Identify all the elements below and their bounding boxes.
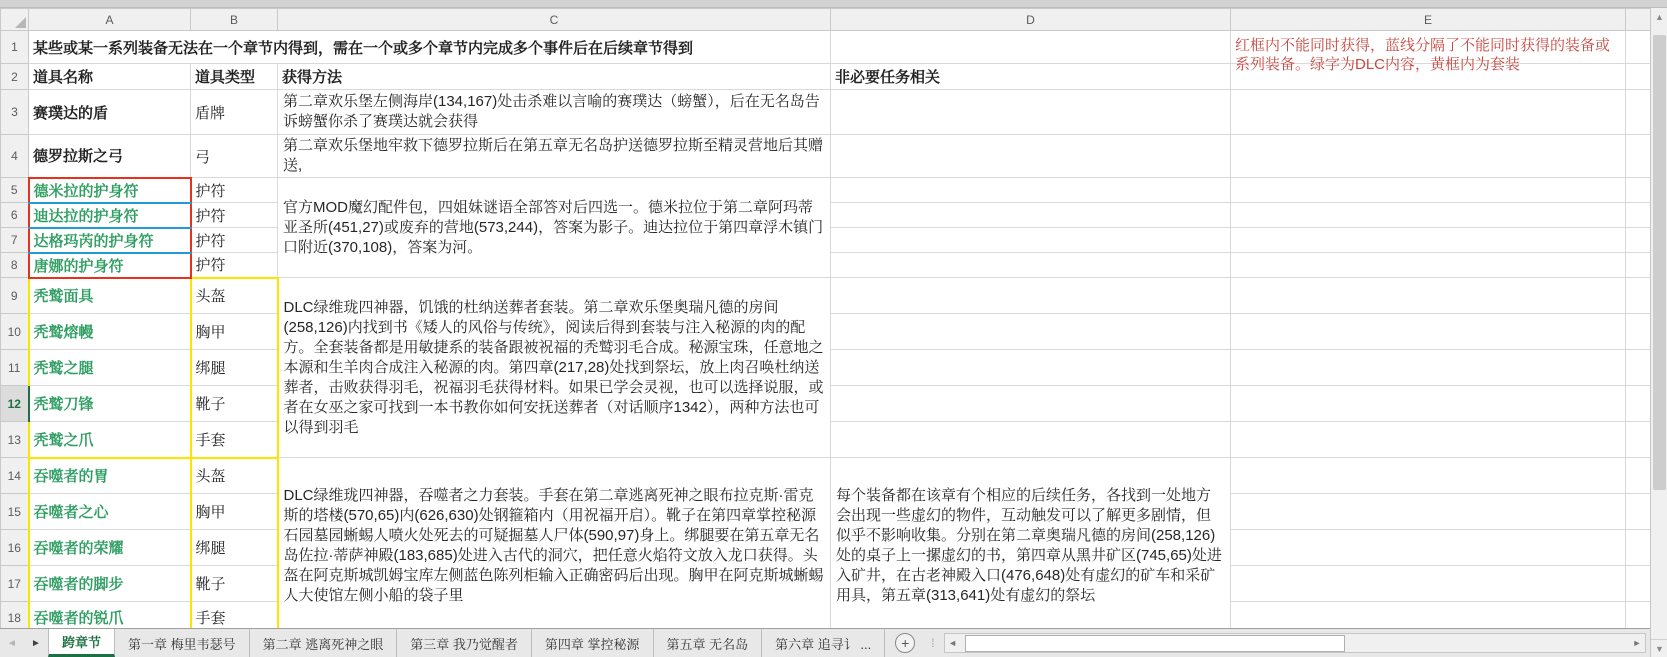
cell-item-type[interactable]: 护符 [191, 253, 278, 278]
cell-method-merged[interactable]: 官方MOD魔幻配件包，四姐妹谜语全部答对后四选一。德米拉位于第二章阿玛蒂亚圣所(… [278, 178, 831, 278]
sheet-tab-bar: ◄ ► 跨章节 第一章 梅里韦瑟号 第二章 逃离死神之眼 第三章 我乃觉醒者 第… [0, 628, 1650, 657]
cell[interactable] [1626, 350, 1651, 386]
vertical-scrollbar-thumb[interactable] [1653, 35, 1666, 490]
cell[interactable] [1231, 566, 1626, 602]
cell[interactable] [1626, 494, 1651, 530]
horizontal-scrollbar[interactable]: ◄ ► [944, 633, 1646, 653]
worksheet-grid: A B C D E 1 某些或某一系列装备无法在一个章节内得到，需在一个或多个章… [0, 8, 1651, 634]
horizontal-scrollbar-thumb[interactable] [965, 635, 1345, 652]
cell-header-side[interactable]: 非必要任务相关 [831, 64, 1231, 90]
cell-item-name[interactable]: 唐娜的护身符 [29, 253, 191, 278]
cell[interactable] [831, 90, 1231, 135]
column-header-f[interactable] [1626, 9, 1651, 31]
cell[interactable] [1626, 314, 1651, 350]
cell[interactable] [1626, 253, 1651, 278]
cell-e1-legend[interactable]: 红框内不能同时获得，蓝线分隔了不能同时获得的装备或系列装备。绿字为DLC内容，黄… [1231, 31, 1626, 64]
cell[interactable] [1231, 90, 1626, 135]
cell[interactable] [1231, 135, 1626, 178]
row-header-8[interactable]: 8 [1, 253, 29, 278]
row-header-14[interactable]: 14 [1, 458, 29, 494]
sheet-tab-chapter1[interactable]: 第一章 梅里韦瑟号 [115, 629, 250, 657]
cell[interactable] [1231, 350, 1626, 386]
vertical-scrollbar[interactable]: ▲ ▼ [1650, 8, 1667, 657]
cell[interactable] [1626, 135, 1651, 178]
sheet-tab-chapter4[interactable]: 第四章 掌控秘源 [532, 629, 654, 657]
scroll-down-icon[interactable]: ▼ [1651, 639, 1667, 657]
cell[interactable] [831, 314, 1231, 350]
sheet-tab-chapter3[interactable]: 第三章 我乃觉醒者 [397, 629, 532, 657]
cell-item-name[interactable]: 秃鹫熔幔 [29, 314, 191, 350]
row-header-9[interactable]: 9 [1, 278, 29, 314]
cell[interactable] [1626, 31, 1651, 64]
cell-item-name[interactable]: 吞噬者的脚步 [29, 566, 191, 602]
cell-header-method[interactable]: 获得方法 [278, 64, 831, 90]
cell[interactable] [1626, 386, 1651, 422]
tabs-next-icon[interactable]: ► [24, 629, 48, 657]
cell-item-type[interactable]: 手套 [191, 422, 278, 458]
cell-item-type[interactable]: 护符 [191, 228, 278, 253]
cell-item-name[interactable]: 德米拉的护身符 [29, 178, 191, 203]
column-header-e[interactable]: E [1231, 9, 1626, 31]
cell-method-merged[interactable]: DLC绿维珑四神器，饥饿的杜纳送葬者套装。第二章欢乐堡奥瑞凡德的房间(258,1… [278, 278, 831, 458]
add-sheet-icon[interactable]: + [895, 633, 915, 653]
cell-item-name[interactable]: 赛璞达的盾 [29, 90, 191, 135]
scroll-right-icon[interactable]: ► [1629, 634, 1645, 652]
cell-item-name[interactable]: 吞噬者的胃 [29, 458, 191, 494]
row-header-2[interactable]: 2 [1, 64, 29, 90]
cell-item-type[interactable]: 弓 [191, 135, 278, 178]
cell[interactable] [831, 278, 1231, 314]
cell[interactable] [831, 228, 1231, 253]
select-all-corner[interactable] [1, 9, 29, 31]
cell-item-name[interactable]: 秃鹫之腿 [29, 350, 191, 386]
spreadsheet-window: A B C D E 1 某些或某一系列装备无法在一个章节内得到，需在一个或多个章… [0, 0, 1667, 657]
cell-item-name[interactable]: 吞噬者的荣耀 [29, 530, 191, 566]
cell-item-name[interactable]: 秃鹫面具 [29, 278, 191, 314]
cell-method[interactable]: 第二章欢乐堡左侧海岸(134,167)处击杀难以言喻的赛璞达（螃蟹），后在无名岛… [278, 90, 831, 135]
scroll-up-icon[interactable]: ▲ [1651, 8, 1667, 26]
row-header-12-selected[interactable]: 12 [1, 386, 29, 422]
sheet-tab-chapter5[interactable]: 第五章 无名岛 [654, 629, 763, 657]
cell[interactable] [1626, 64, 1651, 90]
cell[interactable] [831, 350, 1231, 386]
row-header-1[interactable]: 1 [1, 31, 29, 64]
row-header-15[interactable]: 15 [1, 494, 29, 530]
cell[interactable] [831, 422, 1231, 458]
row-header-4[interactable]: 4 [1, 135, 29, 178]
cell-item-type[interactable]: 护符 [191, 203, 278, 228]
cell[interactable] [1626, 178, 1651, 203]
cell-item-name[interactable]: 迪达拉的护身符 [29, 203, 191, 228]
column-header-b[interactable]: B [191, 9, 278, 31]
cell[interactable] [831, 135, 1231, 178]
cell[interactable] [1231, 494, 1626, 530]
cell[interactable] [1231, 530, 1626, 566]
cell-a1-note[interactable]: 某些或某一系列装备无法在一个章节内得到，需在一个或多个章节内完成多个事件后在后续… [29, 31, 831, 64]
cell[interactable] [831, 31, 1231, 64]
row-header-6[interactable]: 6 [1, 203, 29, 228]
cell-item-name[interactable]: 秃鹫之爪 [29, 422, 191, 458]
cell[interactable] [1626, 566, 1651, 602]
cell-method[interactable]: 第二章欢乐堡地牢救下德罗拉斯后在第五章无名岛护送德罗拉斯至精灵营地后其赠送, [278, 135, 831, 178]
cell[interactable] [831, 178, 1231, 203]
cell-item-type[interactable]: 绑腿 [191, 350, 278, 386]
select-all-icon [15, 17, 26, 28]
cell[interactable] [1231, 458, 1626, 494]
cell[interactable] [1231, 253, 1626, 278]
row-header-5[interactable]: 5 [1, 178, 29, 203]
column-header-a[interactable]: A [29, 9, 191, 31]
legend-text: 红框内不能同时获得，蓝线分隔了不能同时获得的装备或系列装备。绿字为DLC内容，黄… [1235, 36, 1623, 74]
cell[interactable] [831, 203, 1231, 228]
cell-item-type[interactable]: 盾牌 [191, 90, 278, 135]
top-chrome-strip [0, 0, 1667, 8]
cell[interactable] [1231, 178, 1626, 203]
cell-item-type[interactable]: 靴子 [191, 386, 278, 422]
cell[interactable] [1626, 203, 1651, 228]
cell-item-type[interactable]: 绑腿 [191, 530, 278, 566]
cell[interactable] [1231, 314, 1626, 350]
cell-item-type[interactable]: 头盔 [191, 458, 278, 494]
cell[interactable] [1626, 422, 1651, 458]
row-header-16[interactable]: 16 [1, 530, 29, 566]
cell-item-name[interactable]: 达格玛芮的护身符 [29, 228, 191, 253]
row-header-11[interactable]: 11 [1, 350, 29, 386]
cell-item-type[interactable]: 靴子 [191, 566, 278, 602]
cell[interactable] [1231, 386, 1626, 422]
sheet-tab-chapter6[interactable]: 第六章 追寻讠 ... [762, 629, 885, 657]
cell[interactable] [1231, 228, 1626, 253]
cell-header-type[interactable]: 道具类型 [191, 64, 278, 90]
cell[interactable] [1626, 278, 1651, 314]
cell-item-name[interactable]: 吞噬者之心 [29, 494, 191, 530]
cell[interactable] [1231, 278, 1626, 314]
cell[interactable] [1626, 90, 1651, 135]
column-header-d[interactable]: D [831, 9, 1231, 31]
row-header-13[interactable]: 13 [1, 422, 29, 458]
tab-splitter-icon[interactable]: ⁞ [923, 629, 943, 657]
cell[interactable] [1231, 203, 1626, 228]
cell-item-name[interactable]: 德罗拉斯之弓 [29, 135, 191, 178]
cell[interactable] [1231, 422, 1626, 458]
row-header-17[interactable]: 17 [1, 566, 29, 602]
cell[interactable] [831, 386, 1231, 422]
cell[interactable] [831, 253, 1231, 278]
column-header-c[interactable]: C [278, 9, 831, 31]
row-header-3[interactable]: 3 [1, 90, 29, 135]
cell[interactable] [1626, 458, 1651, 494]
cell-item-type[interactable]: 头盔 [191, 278, 278, 314]
sheet-tab-active[interactable]: 跨章节 [48, 629, 115, 657]
tabs-prev-icon[interactable]: ◄ [0, 629, 24, 657]
sheet-tab-chapter2[interactable]: 第二章 逃离死神之眼 [250, 629, 398, 657]
cell-header-name[interactable]: 道具名称 [29, 64, 191, 90]
cell-item-type[interactable]: 胸甲 [191, 494, 278, 530]
cell-method-merged[interactable]: DLC绿维珑四神器，吞噬者之力套装。手套在第二章逃离死神之眼布拉克斯·雷克斯的塔… [278, 458, 831, 634]
cell-item-name[interactable]: 秃鹫刀锋 [29, 386, 191, 422]
cell-item-type[interactable]: 胸甲 [191, 314, 278, 350]
row-header-7[interactable]: 7 [1, 228, 29, 253]
row-header-10[interactable]: 10 [1, 314, 29, 350]
cell-item-type[interactable]: 护符 [191, 178, 278, 203]
scroll-left-icon[interactable]: ◄ [945, 634, 961, 652]
cell[interactable] [1626, 228, 1651, 253]
cell[interactable] [1626, 530, 1651, 566]
cell-side-note-merged[interactable]: 每个装备都在该章有个相应的后续任务，各找到一处地方会出现一些虚幻的物件，互动触发… [831, 458, 1231, 634]
